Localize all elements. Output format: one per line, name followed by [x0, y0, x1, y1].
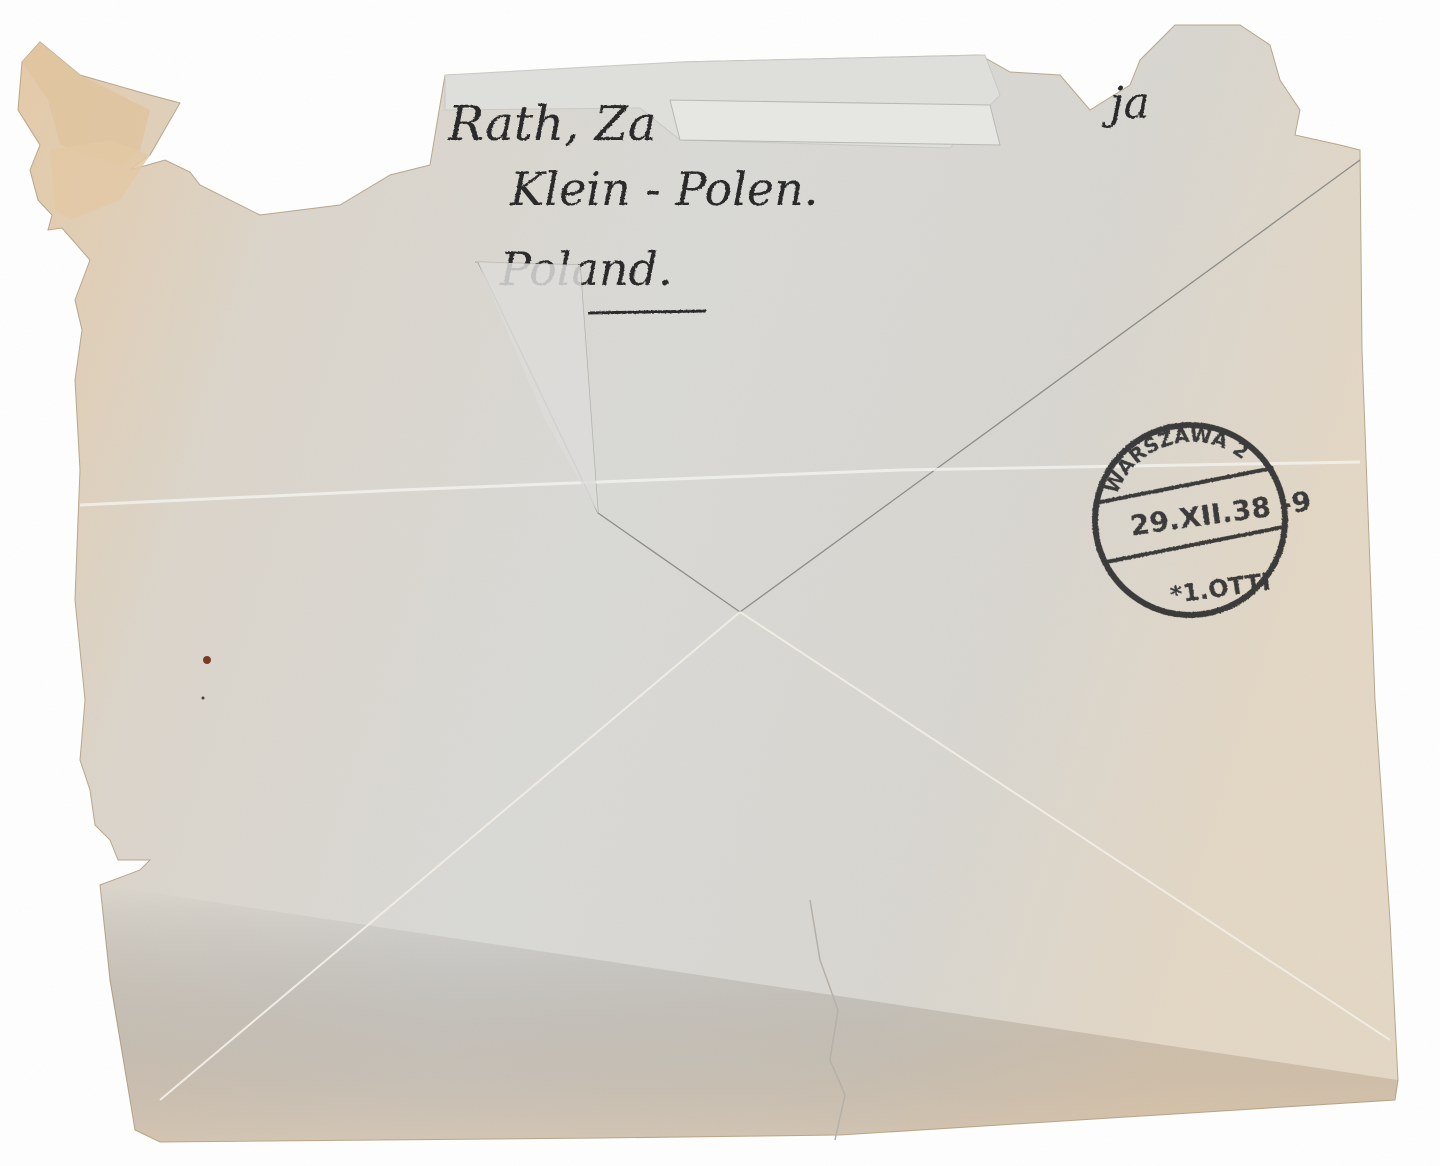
address-line-2: Klein - Polen.: [509, 162, 818, 216]
address-line-1-left: Rath, Za: [447, 96, 657, 152]
stain-spot: [203, 656, 211, 664]
envelope-scene: Rath, Za ja Klein - Polen. Poland. WARSZ…: [0, 0, 1440, 1166]
address-underline: [588, 311, 706, 313]
stain-spot: [202, 697, 205, 700]
folded-paper-piece: [670, 100, 1000, 145]
